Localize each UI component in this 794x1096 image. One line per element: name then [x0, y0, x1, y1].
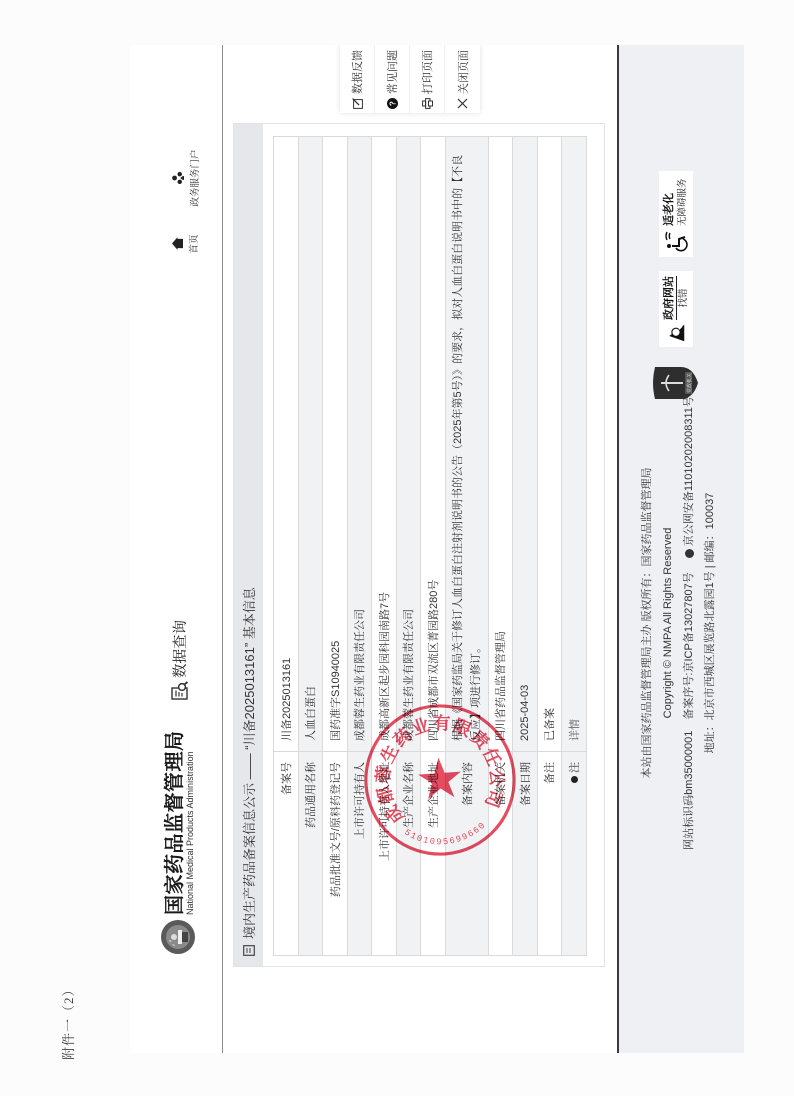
row-label: 注	[562, 752, 587, 956]
annex-label: 附件一（2）	[58, 982, 77, 1060]
row-value: 已备案	[537, 137, 562, 752]
nav-home[interactable]: 首页	[172, 231, 200, 257]
document-icon	[243, 945, 255, 956]
national-emblem-icon	[160, 919, 196, 955]
footer-registration: 网站标识码bm35000001 备案序号:京ICP备13027807号 京公网安…	[679, 388, 700, 858]
header-divider	[222, 45, 223, 1053]
footer-copyright: Copyright © NMPA All Rights Reserved	[658, 388, 679, 858]
nav-gov-service-portal[interactable]: 政务服务门户	[172, 147, 201, 209]
row-label: 药品批准文号/原料药登记号	[323, 752, 348, 956]
home-icon	[172, 238, 183, 251]
nav-home-label: 首页	[186, 235, 200, 254]
webpage-screenshot: 国家药品监督管理局 National Medical Products Admi…	[130, 45, 744, 1053]
question-circle-icon: ?	[387, 98, 398, 109]
data-feedback-button[interactable]: 数据反馈	[340, 45, 375, 113]
svg-text:党政机关: 党政机关	[686, 373, 693, 393]
table-row: 备案号川备2025013161	[274, 137, 299, 956]
footer-address: 地址：北京市西城区展览路北露园1号 | 邮编：100037	[700, 388, 721, 858]
floating-toolbar: 数据反馈 ? 常见问题 打印页面 关闭页面	[340, 45, 480, 113]
edit-icon	[352, 98, 363, 109]
party-government-badge-icon[interactable]: 党政机关	[653, 364, 699, 402]
nav-portal-label: 政务服务门户	[187, 150, 201, 207]
details-link[interactable]: 详情	[569, 719, 581, 741]
row-value: 详情	[562, 137, 587, 752]
close-icon	[457, 98, 468, 109]
table-row: 药品批准文号/原料药登记号国药准字S10940025	[323, 137, 348, 956]
row-value: 成都高新区起步园科园南路7号	[372, 137, 397, 752]
note-dot-icon	[571, 776, 578, 783]
rotated-document-page: 附件一（2） 国家药品监督管理局 National Medical Produc…	[0, 0, 794, 1096]
panel-title: 境内生产药品备案信息公示 —— “川备2025013161” 基本信息	[239, 587, 258, 939]
row-label: 备注	[537, 752, 562, 956]
svg-text:?: ?	[388, 101, 397, 106]
row-value: 人血白蛋白	[298, 137, 323, 752]
table-row: 注 详情	[562, 137, 587, 956]
footer-sponsor: 本站由国家药品监督管理局主办 版权所有：国家药品监督管理局	[637, 388, 658, 858]
site-title: 国家药品监督管理局	[158, 731, 187, 916]
faq-button[interactable]: ? 常见问题	[375, 45, 410, 113]
print-page-button[interactable]: 打印页面	[410, 45, 445, 113]
wheelchair-icon	[664, 230, 688, 252]
find-error-sub: 找错	[676, 276, 690, 320]
panel-title-bar: 境内生产药品备案信息公示 —— “川备2025013161” 基本信息	[234, 124, 263, 966]
user-group-icon	[172, 171, 184, 185]
row-value: 2025-04-03	[513, 137, 538, 752]
site-code: 网站标识码bm35000001	[683, 731, 695, 850]
find-error-title: 政府网站	[663, 276, 676, 320]
company-seal: 成都蓉生药业有限责任公司 5101095699660	[357, 697, 524, 864]
row-label: 药品通用名称	[298, 752, 323, 956]
data-feedback-label: 数据反馈	[349, 50, 365, 94]
close-page-button[interactable]: 关闭页面	[445, 45, 480, 113]
close-page-label: 关闭页面	[455, 50, 471, 94]
aging-sub: 无障碍服务	[676, 178, 689, 226]
row-value: 川备2025013161	[274, 137, 299, 752]
note-label: 注	[569, 762, 581, 773]
accessibility-service-badge[interactable]: 适老化 无障碍服务	[659, 171, 693, 257]
row-value: 成都蓉生药业有限责任公司	[347, 137, 372, 752]
row-label: 备案号	[274, 752, 299, 956]
print-page-label: 打印页面	[419, 50, 435, 94]
data-query-label: 数据查询	[169, 620, 190, 678]
police-record-link[interactable]: 京公网安备11010202008311号	[683, 396, 695, 546]
site-footer: 本站由国家药品监督管理局主办 版权所有：国家药品监督管理局 Copyright …	[617, 45, 744, 1053]
row-value: 成都蓉生药业有限责任公司	[396, 137, 421, 752]
data-query-icon	[170, 681, 189, 700]
table-row: 药品通用名称人血白蛋白	[298, 137, 323, 956]
row-value: 根据《国家药监局关于修订人血白蛋白注射剂说明书的公告（2025年第5号）》的要求…	[445, 137, 488, 752]
aging-title: 适老化	[663, 178, 676, 226]
gov-site-error-report-badge[interactable]: 政府网站 找错	[659, 271, 693, 347]
seal-star-icon	[417, 756, 462, 799]
magnifier-icon	[664, 324, 688, 342]
faq-label: 常见问题	[384, 50, 400, 94]
footer-text: 本站由国家药品监督管理局主办 版权所有：国家药品监督管理局 Copyright …	[637, 388, 721, 858]
site-subtitle: National Medical Products Administration	[185, 751, 195, 915]
data-query-section[interactable]: 数据查询	[169, 620, 190, 700]
row-value: 国药准字S10940025	[323, 137, 348, 752]
row-value: 四川省药品监督管理局	[488, 137, 513, 752]
police-badge-icon	[685, 549, 694, 558]
row-value: 四川省成都市双流区菁园路280号	[421, 137, 446, 752]
table-row: 备注已备案	[537, 137, 562, 956]
icp-record-link[interactable]: 备案序号:京ICP备13027807号	[683, 572, 695, 719]
printer-icon	[422, 98, 433, 109]
